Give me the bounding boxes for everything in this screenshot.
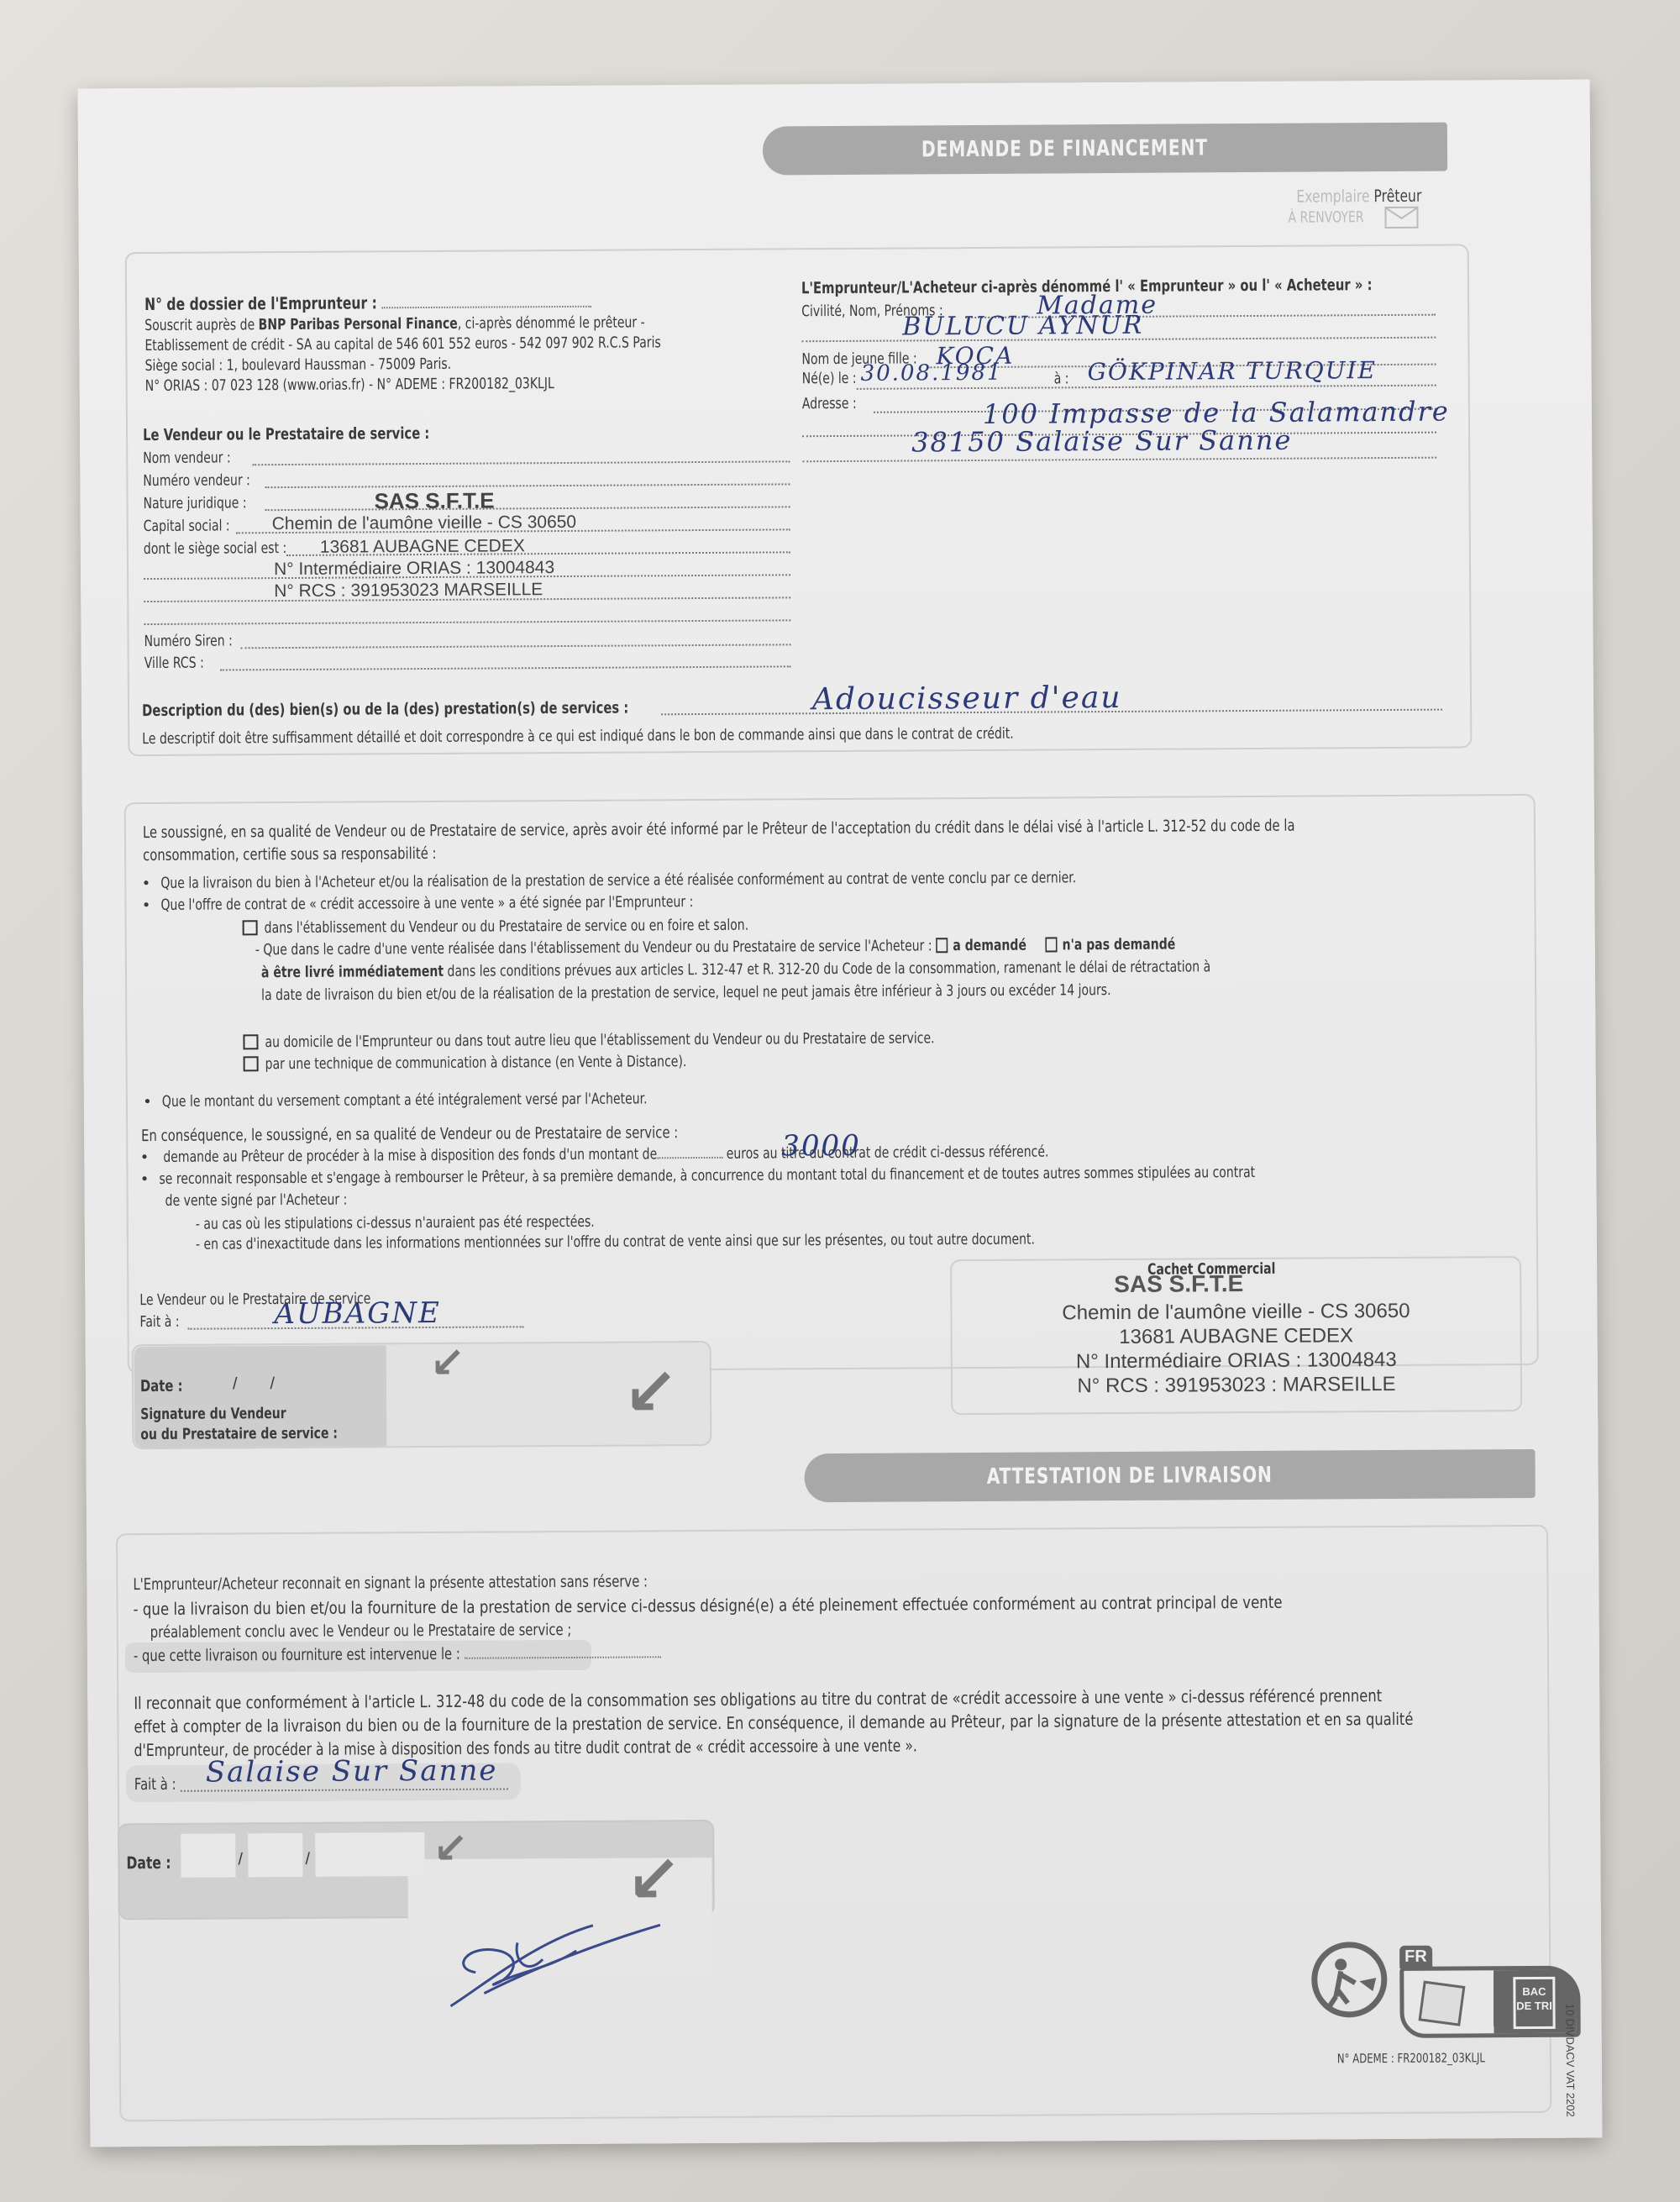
dossier-label: N° de dossier de l'Emprunteur : xyxy=(144,291,717,315)
vendor-title: Le Vendeur ou le Prestataire de service … xyxy=(143,423,511,445)
date-day-field[interactable] xyxy=(181,1833,235,1877)
attestation-title: ATTESTATION DE LIVRAISON xyxy=(987,1463,1273,1490)
vendor-date-label: Date : xyxy=(140,1377,195,1396)
amount-value: 3000 xyxy=(781,1129,861,1164)
capital-value: Chemin de l'aumône vieille - CS 30650 xyxy=(272,512,577,534)
amount-field[interactable] xyxy=(657,1157,722,1159)
responsible-line-2: de vente signé par l'Acheteur : xyxy=(165,1190,399,1210)
city-rcs-label: Ville RCS : xyxy=(144,654,221,672)
attestation-point-1b: préalablement conclu avec le Vendeur ou … xyxy=(150,1620,690,1642)
arrow-down-left-icon: ↙ xyxy=(433,1824,468,1873)
lender-line4: N° ORIAS : 07 023 128 (www.orias.fr) - N… xyxy=(145,374,670,395)
paper-icon xyxy=(1419,1981,1466,2026)
copy-label: Exemplaire Prêteur xyxy=(1296,185,1457,207)
vendor-place-label: Fait à : xyxy=(139,1313,190,1331)
date-year-field[interactable] xyxy=(315,1832,424,1877)
cert-intro-2: consommation, certifie sous sa responsab… xyxy=(143,843,519,865)
birthplace-value: GÖKPINAR TURQUIE xyxy=(1088,356,1377,386)
vendor-orias-value: N° Intermédiaire ORIAS : 13004843 xyxy=(274,558,554,580)
recycling-bin-icon: BAC DE TRI xyxy=(1513,1977,1555,2029)
legal-value: SAS S.F.T.E xyxy=(374,487,494,514)
return-label: À RENVOYER xyxy=(1288,208,1385,227)
info-tri-logo: FR BAC DE TRI xyxy=(1399,1966,1581,2038)
vendor-signature-label-1: Signature du Vendeur xyxy=(140,1405,328,1423)
financing-request-form: DEMANDE DE FINANCEMENT Exemplaire Prêteu… xyxy=(78,80,1603,2147)
stamp-line-3: N° Intermédiaire ORIAS : 13004843 xyxy=(951,1347,1522,1374)
date-month-field[interactable] xyxy=(248,1833,302,1877)
checkbox-distance[interactable] xyxy=(244,1056,259,1071)
borrower-date-label: Date : xyxy=(126,1853,183,1874)
copy-label-dark: Prêteur xyxy=(1373,186,1421,206)
option-distance: par une technique de communication à dis… xyxy=(244,1052,806,1073)
vendor-place-value: AUBAGNE xyxy=(274,1296,441,1331)
case-1: - au cas où les stipulations ci-dessus n… xyxy=(196,1212,707,1233)
vendor-rcs-value: N° RCS : 391953023 MARSEILLE xyxy=(274,580,543,602)
arrow-down-left-icon: ↙ xyxy=(430,1338,465,1387)
delivery-date-field[interactable] xyxy=(465,1656,661,1658)
copy-label-grey: Exemplaire xyxy=(1296,186,1369,207)
stamp-line-2: 13681 AUBAGNE CEDEX xyxy=(951,1322,1522,1350)
attestation-banner: ATTESTATION DE LIVRAISON xyxy=(804,1449,1535,1502)
triman-icon xyxy=(1311,1942,1388,2018)
lender-line3: Siège social : 1, boulevard Haussman - 7… xyxy=(144,355,538,375)
attestation-point-2: - que cette livraison ou fourniture est … xyxy=(134,1642,810,1666)
stamp-line-1: Chemin de l'aumône vieille - CS 30650 xyxy=(950,1298,1521,1326)
ademe-code: N° ADEME : FR200182_03KLJL xyxy=(1337,2050,1527,2066)
dossier-field[interactable] xyxy=(381,306,591,309)
checkbox-establishment[interactable] xyxy=(243,920,258,935)
vendor-signature-label-2: ou du Prestataire de service : xyxy=(140,1424,393,1443)
fr-label: FR xyxy=(1399,1946,1432,1968)
vendor-name-label: Nom vendeur : xyxy=(143,449,255,467)
name-value: BULUCU AYNUR xyxy=(902,311,1143,342)
stamp-address: Chemin de l'aumône vieille - CS 30650 13… xyxy=(950,1298,1522,1399)
banner-title: DEMANDE DE FINANCEMENT xyxy=(921,135,1208,162)
birth-date-value: 30.08.1981 xyxy=(861,360,1003,386)
address-label: Adresse : xyxy=(802,395,872,413)
date-sep-2: / xyxy=(305,1850,310,1869)
attestation-intro: L'Emprunteur/Acheteur reconnait en signa… xyxy=(133,1571,793,1595)
stamp-line-4: N° RCS : 391953023 : MARSEILLE xyxy=(951,1371,1522,1399)
borrower-signature xyxy=(433,1891,686,2027)
demande-financement-banner: DEMANDE DE FINANCEMENT xyxy=(763,123,1447,176)
birthplace-label: à : xyxy=(1054,370,1074,387)
hq-value: 13681 AUBAGNE CEDEX xyxy=(320,536,525,557)
stamp-company: SAS S.F.T.E xyxy=(1114,1270,1243,1298)
vendor-date-sep: / / xyxy=(233,1374,275,1394)
date-sep-1: / xyxy=(238,1850,243,1869)
description-value: Adoucisseur d'eau xyxy=(812,681,1122,717)
description-label: Description du (des) bien(s) ou de la (d… xyxy=(142,698,766,722)
envelope-icon xyxy=(1384,207,1418,229)
address-line2: 38150 Salaise Sur Sanne xyxy=(911,424,1292,459)
borrower-place-value: Salaise Sur Sanne xyxy=(206,1754,498,1789)
checkbox-not-asked[interactable] xyxy=(1045,937,1057,952)
checkbox-asked[interactable] xyxy=(936,938,948,953)
side-code: 10 DIVDACV VAT 2202 xyxy=(1563,2004,1577,2117)
legal-label: Nature juridique : xyxy=(143,494,276,512)
checkbox-home[interactable] xyxy=(243,1034,258,1049)
arrow-down-left-icon: ↙ xyxy=(623,1353,679,1430)
vendor-number-label: Numéro vendeur : xyxy=(143,471,281,490)
